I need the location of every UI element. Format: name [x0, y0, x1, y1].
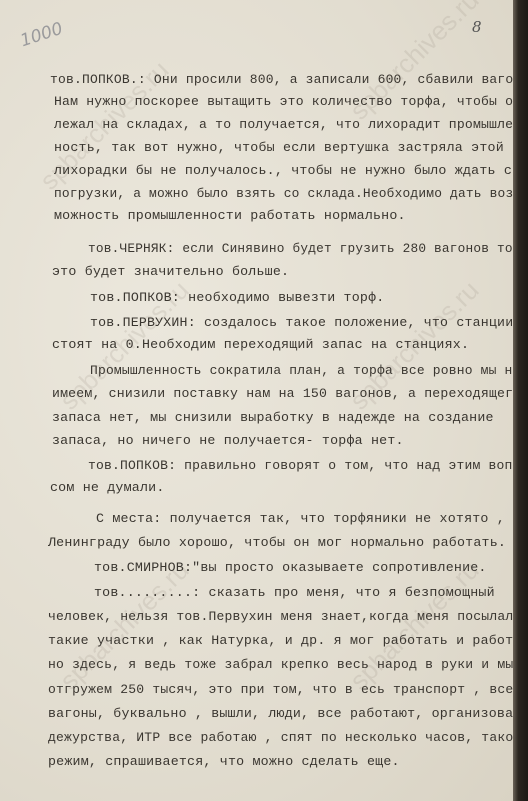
- text-line: это будет значительно больше.: [52, 264, 289, 279]
- text-line: режим, спрашивается, что можно сделать е…: [48, 754, 400, 769]
- text-line: но здесь, я ведь тоже забрал крепко весь…: [48, 657, 513, 672]
- text-line: дежурства, ИТР все работаю , спят по нес…: [48, 730, 513, 745]
- text-line: тов.ПОПКОВ: необходимо вывезти торф.: [90, 290, 384, 305]
- text-line: лежал на складах, а то получается, что л…: [54, 117, 513, 132]
- text-line: имеем, снизили поставку нам на 150 вагон…: [52, 386, 513, 401]
- text-line: погрузки, а можно было взять со склада.Н…: [54, 186, 513, 201]
- page-number: 8: [472, 18, 482, 36]
- watermark: spbarchives.ru: [54, 555, 195, 696]
- text-line: ность, так вот нужно, чтобы если вертушк…: [54, 140, 504, 155]
- binding-edge: [513, 0, 528, 801]
- text-line: запаса, но ничего не получается- торфа н…: [52, 433, 404, 448]
- text-line: можность промышленности работать нормаль…: [54, 208, 406, 223]
- text-line: сом не думали.: [50, 480, 165, 495]
- text-line: тов.........: сказать про меня, что я бе…: [94, 585, 495, 600]
- text-line: стоят на 0.Необходим переходящий запас н…: [52, 337, 469, 352]
- text-line: лихорадки бы не получалось., чтобы не ну…: [54, 163, 512, 178]
- text-line: Промышленность сократила план, а торфа в…: [90, 363, 513, 378]
- document-page: spbarchives.ru spbarchives.ru spbarchive…: [0, 0, 513, 801]
- text-line: тов.ПОПКОВ.: Они просили 800, а записали…: [50, 72, 513, 87]
- text-line: С места: получается так, что торфяники н…: [96, 511, 505, 526]
- text-line: вагоны, буквально , вышли, люди, все раб…: [48, 706, 513, 721]
- watermark: spbarchives.ru: [344, 555, 485, 696]
- text-line: Нам нужно поскорее вытащить это количест…: [54, 94, 513, 109]
- text-line: такие участки , как Натурка, и др. я мог…: [48, 633, 513, 648]
- text-line: тов.СМИРНОВ:"вы просто оказываете сопрот…: [94, 560, 487, 575]
- text-line: тов.ЧЕРНЯК: если Синявино будет грузить …: [88, 241, 513, 256]
- pencil-annotation: 1000: [18, 19, 65, 51]
- text-line: человек, нельзя тов.Первухин меня знает,…: [48, 609, 513, 624]
- text-line: отгружем 250 тысяч, это при том, что в е…: [48, 682, 513, 697]
- text-line: Ленинграду было хорошо, чтобы он мог нор…: [48, 535, 506, 550]
- text-line: запаса нет, мы снизили выработку в надеж…: [52, 410, 494, 425]
- text-line: тов.ПОПКОВ: правильно говорят о том, что…: [88, 458, 513, 473]
- text-line: тов.ПЕРВУХИН: создалось такое положение,…: [90, 315, 513, 330]
